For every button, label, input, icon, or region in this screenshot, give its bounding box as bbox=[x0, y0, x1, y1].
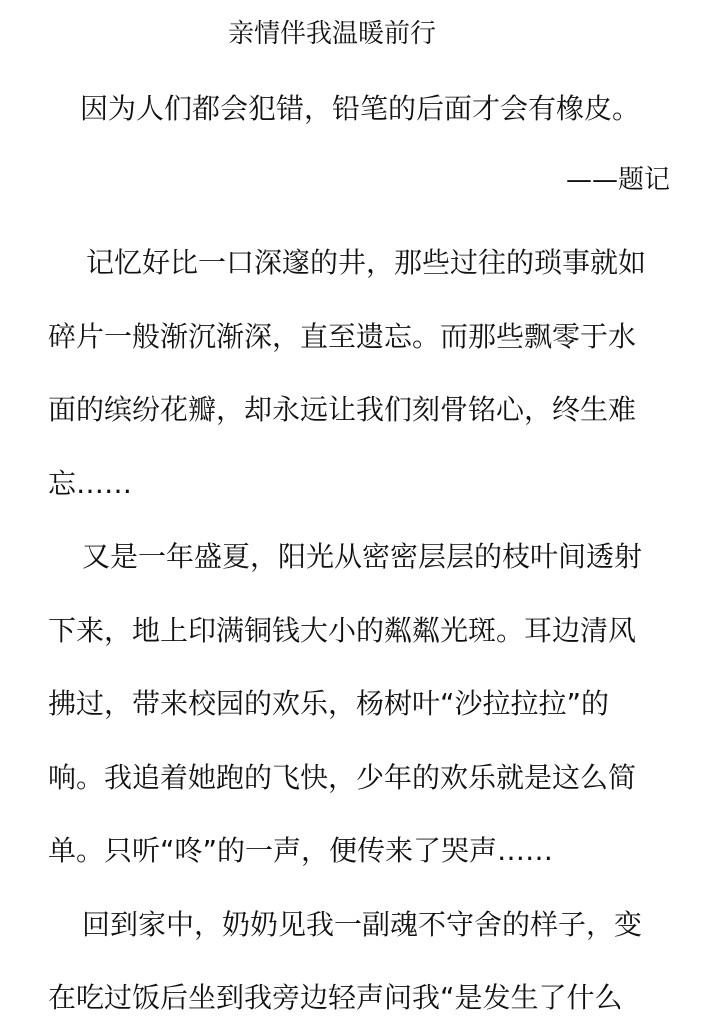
text-line: 响。我追着她跑的飞快，少年的欢乐就是这么简 bbox=[48, 741, 678, 815]
text-line: 回到家中，奶奶见我一副魂不守舍的样子，变 bbox=[48, 888, 678, 962]
text-line: 单。只听“咚”的一声，便传来了哭声…… bbox=[48, 814, 678, 888]
text-line: 下来，地上印满铜钱大小的粼粼光斑。耳边清风 bbox=[48, 594, 678, 668]
essay-body: 记忆好比一口深邃的井，那些过往的琐事就如 碎片一般渐沉渐深，直至遗忘。而那些飘零… bbox=[48, 226, 678, 1029]
paragraph-home: 回到家中，奶奶见我一副魂不守舍的样子，变 在吃过饭后坐到我旁边轻声问我“是发生了… bbox=[48, 888, 678, 1029]
text-line: 拂过，带来校园的欢乐，杨树叶“沙拉拉拉”的 bbox=[48, 667, 678, 741]
text-line: 面的缤纷花瓣，却永远让我们刻骨铭心，终生难 bbox=[48, 373, 678, 447]
paragraph-memory: 记忆好比一口深邃的井，那些过往的琐事就如 碎片一般渐沉渐深，直至遗忘。而那些飘零… bbox=[48, 226, 678, 520]
essay-title: 亲情伴我温暖前行 bbox=[0, 14, 664, 54]
text-line: 碎片一般渐沉渐深，直至遗忘。而那些飘零于水 bbox=[48, 300, 678, 374]
text-line: 又是一年盛夏，阳光从密密层层的枝叶间透射 bbox=[48, 520, 678, 594]
epigraph: 因为人们都会犯错，铅笔的后面才会有橡皮。 bbox=[80, 88, 640, 130]
text-line: 记忆好比一口深邃的井，那些过往的琐事就如 bbox=[48, 226, 678, 300]
paragraph-summer: 又是一年盛夏，阳光从密密层层的枝叶间透射 下来，地上印满铜钱大小的粼粼光斑。耳边… bbox=[48, 520, 678, 888]
epigraph-attribution: ——题记 bbox=[566, 160, 670, 200]
text-line: 在吃过饭后坐到我旁边轻声问我“是发生了什么 bbox=[48, 961, 678, 1029]
text-line: 忘…… bbox=[48, 447, 678, 521]
